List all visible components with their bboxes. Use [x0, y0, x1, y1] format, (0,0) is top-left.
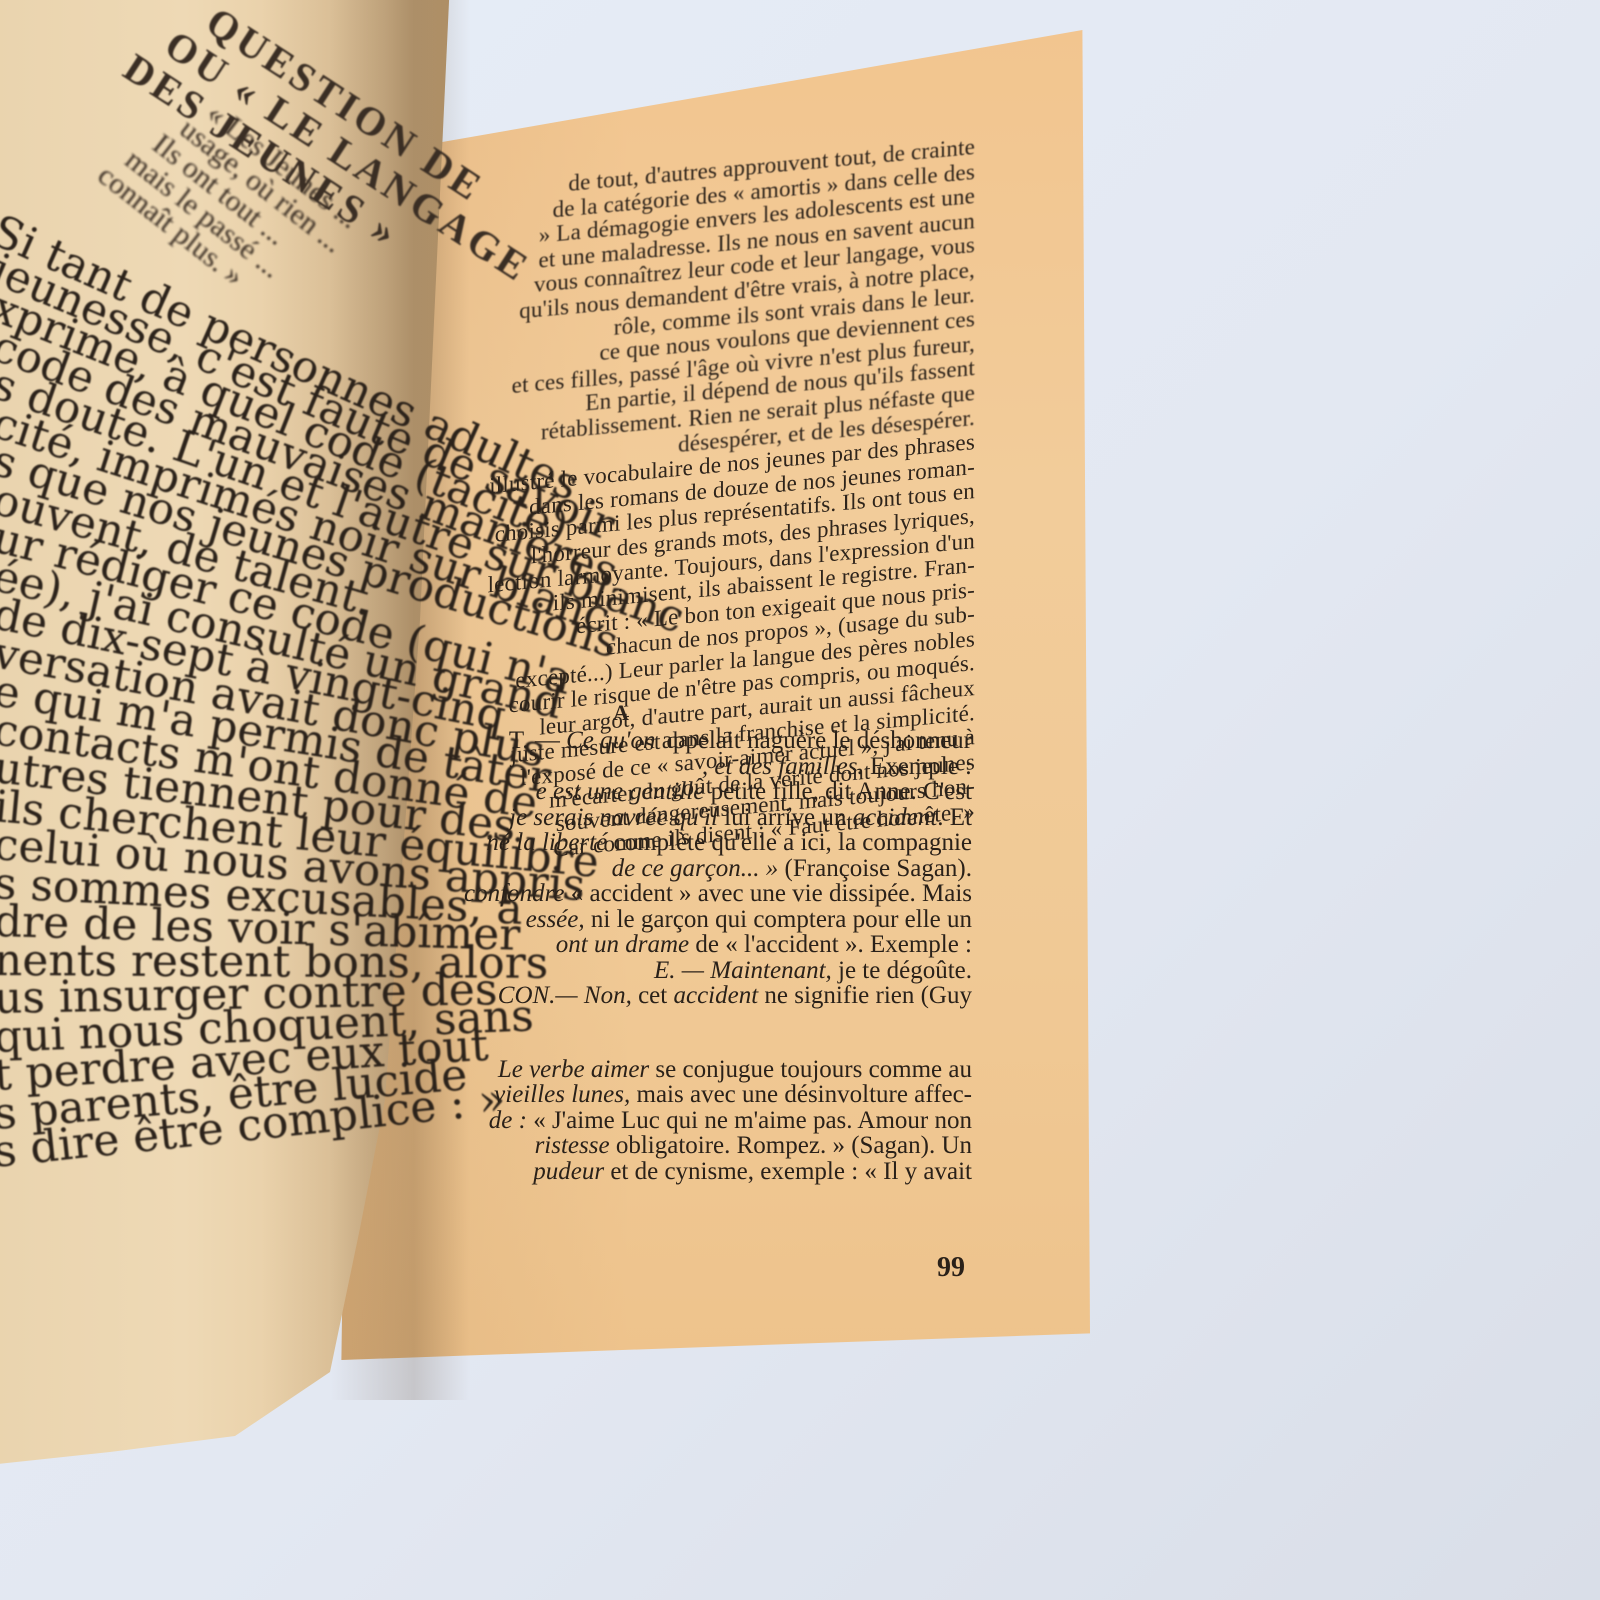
entry-text: lui arrive un: [718, 804, 853, 831]
entry-text: (Françoise Sagan).: [778, 855, 972, 882]
entry-text: je te dégoûte.: [832, 957, 972, 984]
left-page-body-text: Si tant de personnes adultesjeunesse, c'…: [0, 210, 722, 1173]
book-photo: de tout, d'autres approuvent tout, de cr…: [0, 0, 1600, 1600]
italic-text: , et des familles.: [702, 753, 864, 780]
entry-text: ne signifie rien (Guy: [758, 982, 972, 1009]
italic-text: accident: [853, 804, 938, 831]
page-number: 99: [937, 1252, 965, 1284]
entry-text: de « l'accident ». Exemple :: [689, 931, 972, 958]
entry-text: Exemple :: [864, 753, 972, 780]
entry-text: petite fille, dit Anne. C'est: [704, 778, 972, 805]
entry-text: . Et: [937, 804, 972, 831]
